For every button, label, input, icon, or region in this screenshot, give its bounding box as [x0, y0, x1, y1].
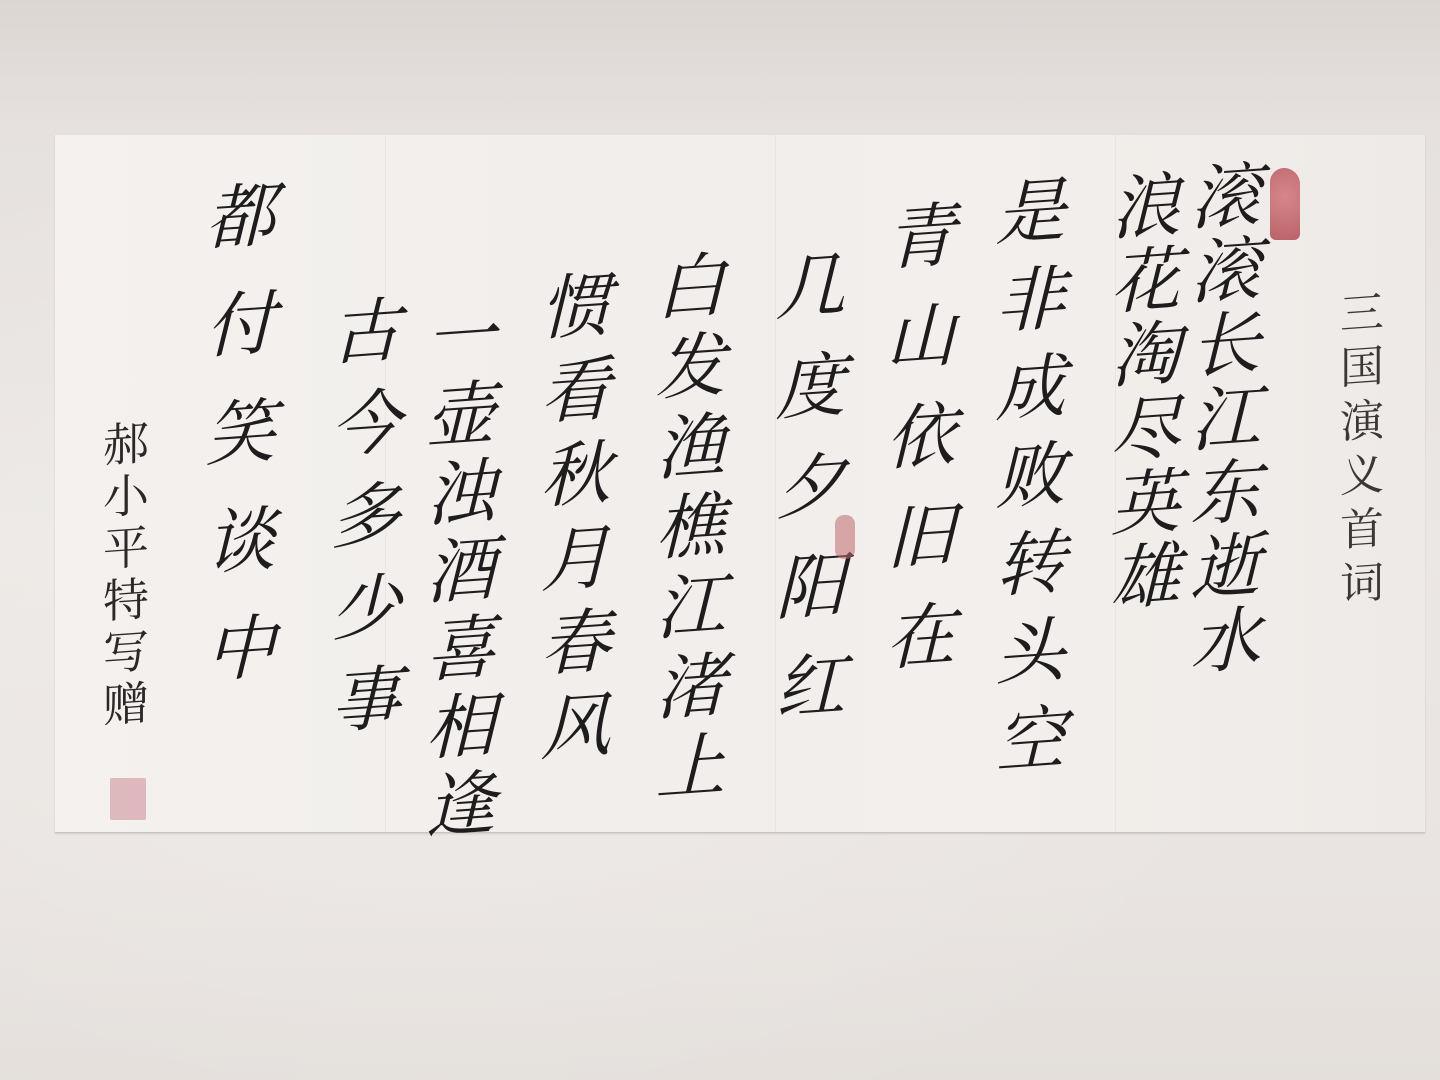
poem-column-5: 几度夕阳红 — [770, 248, 840, 753]
name-seal-icon — [110, 778, 146, 820]
poem-column-10: 都付笑谈中 — [200, 178, 270, 723]
poem-column-3: 是非成败转头空 — [990, 173, 1060, 794]
leading-seal-icon — [1270, 168, 1300, 240]
middle-seal-icon — [835, 515, 855, 559]
poem-column-7: 惯看秋月春风 — [535, 268, 605, 777]
poem-column-6: 白发渔樵江渚上 — [650, 248, 720, 813]
poem-column-4: 青山依旧在 — [880, 198, 950, 703]
poem-column-8: 一壶浊酒喜相逢 — [420, 298, 490, 849]
poem-column-2: 浪花淘尽英雄 — [1105, 168, 1175, 617]
poem-column-1: 滚滚长江东逝水 — [1185, 158, 1255, 681]
poem-column-9: 古今多少事 — [325, 293, 395, 758]
title-column: 三国演义首词 — [1335, 288, 1379, 615]
signature-column: 郝小平特写赠 — [100, 418, 146, 733]
